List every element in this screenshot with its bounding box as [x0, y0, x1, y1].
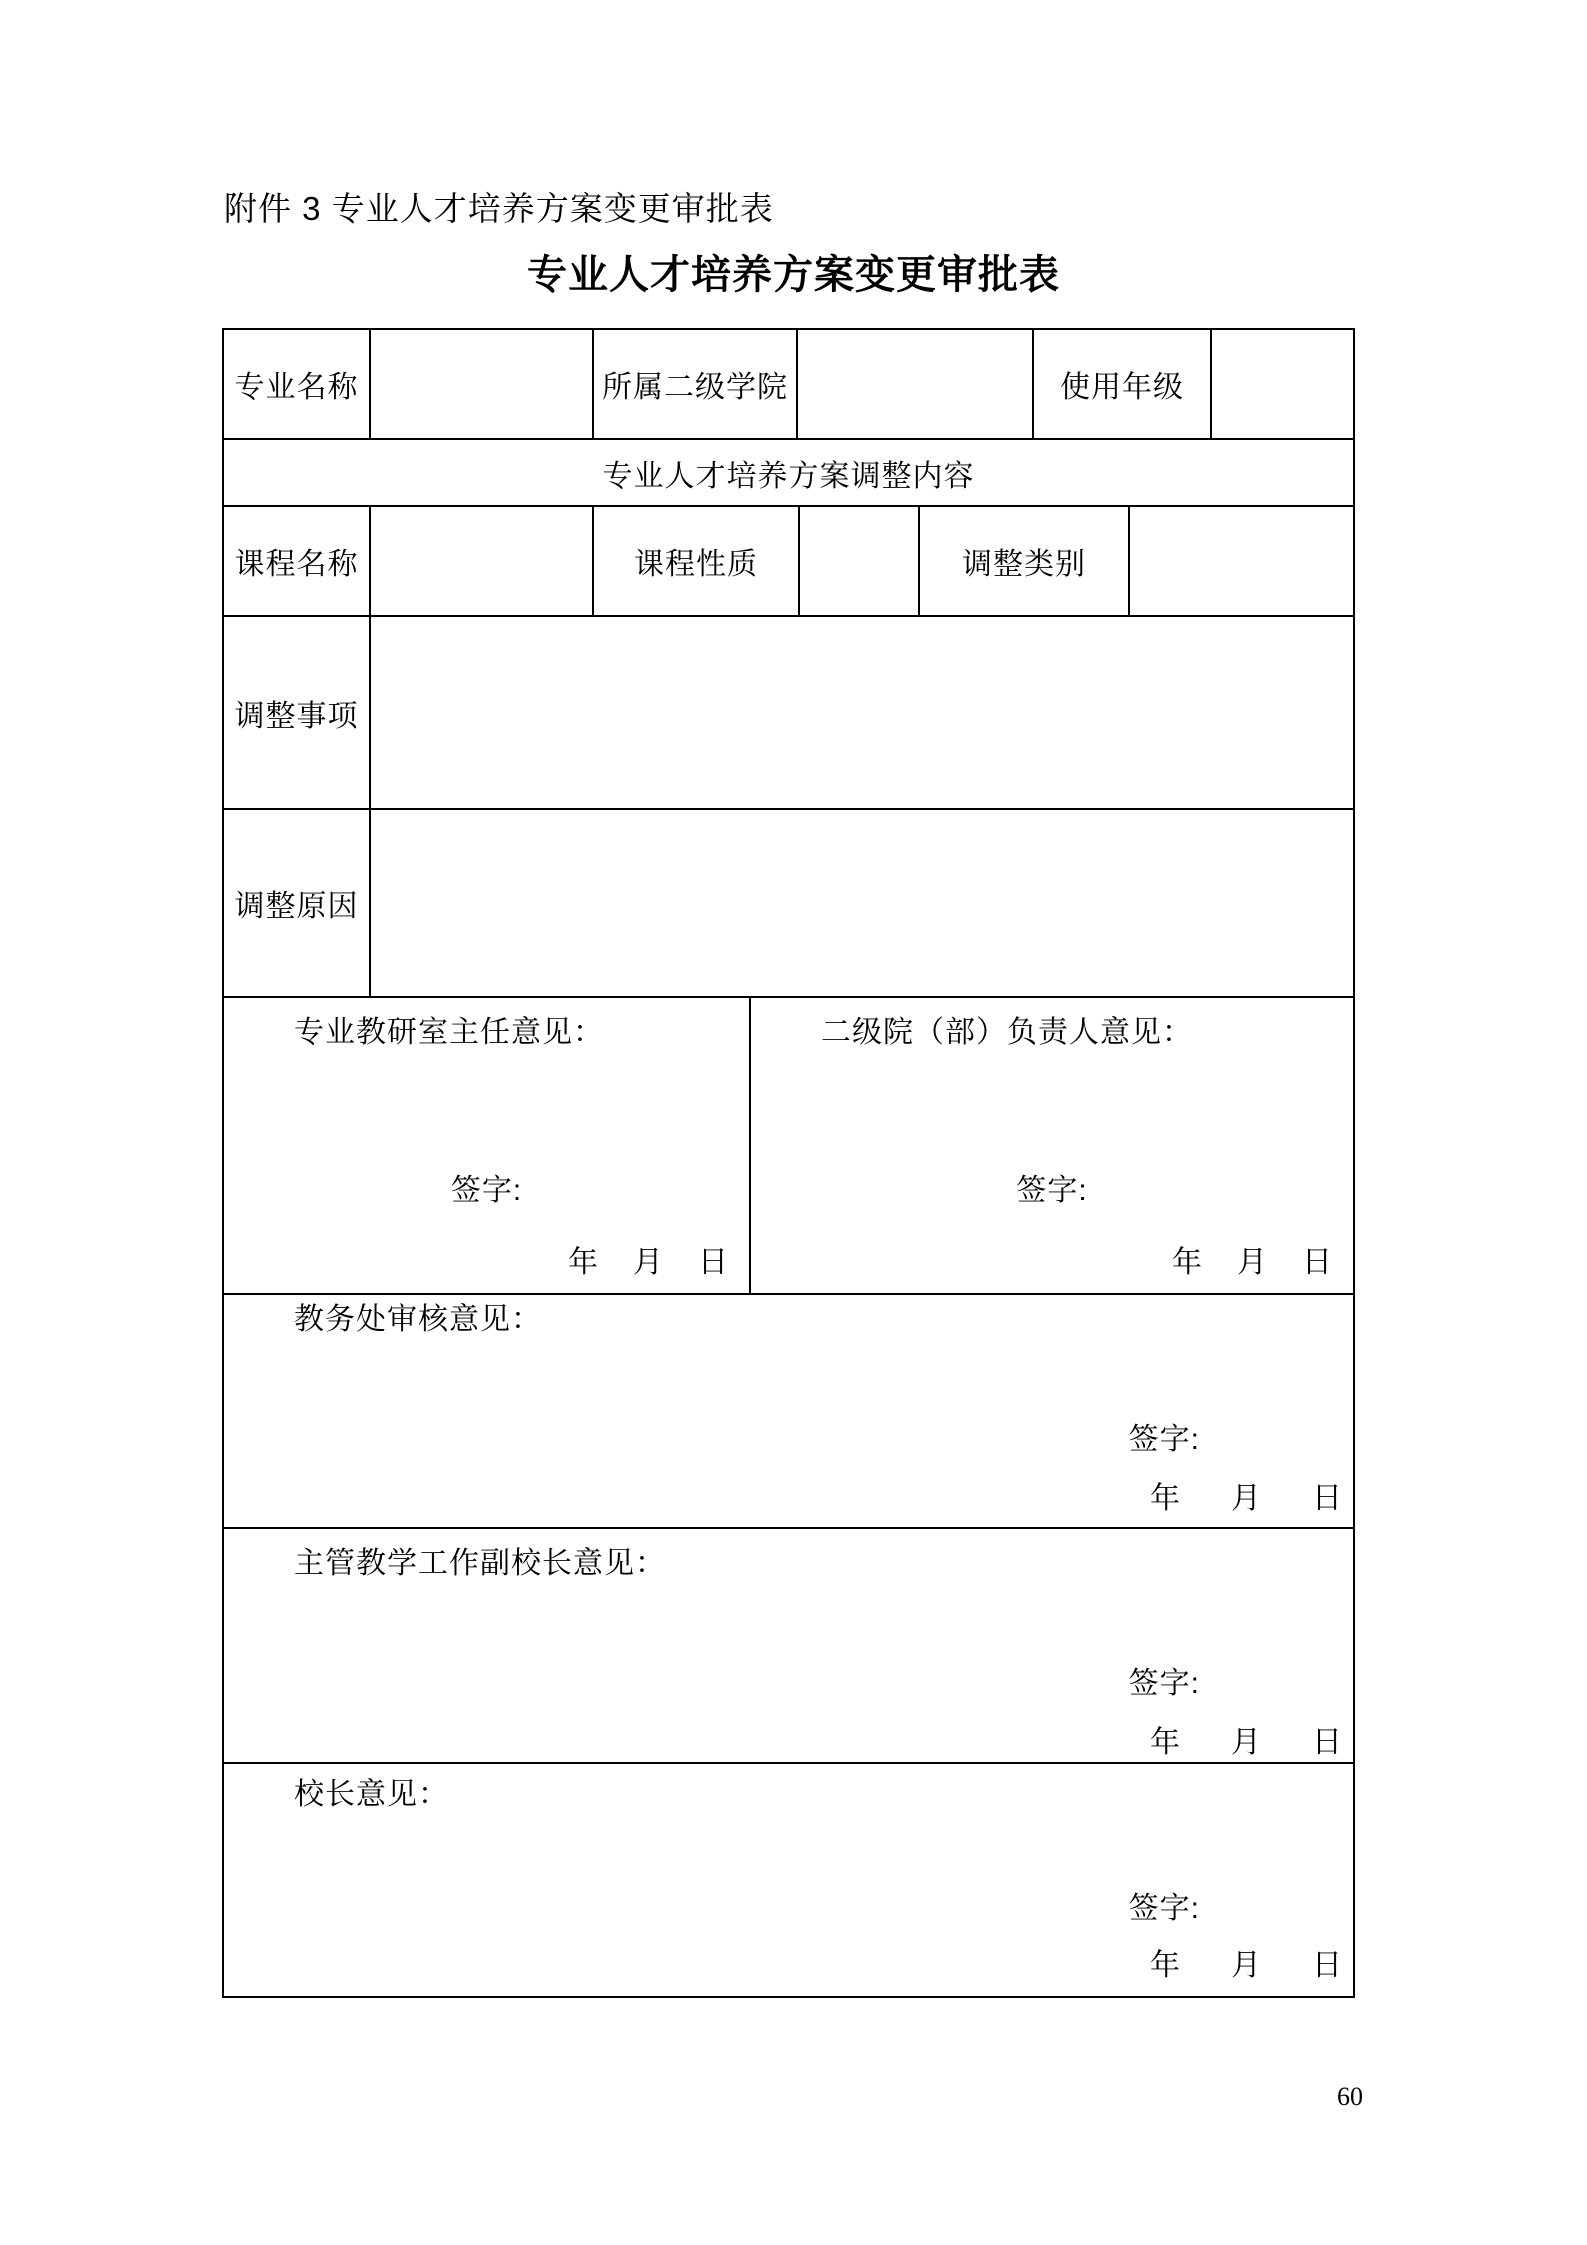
course-type-label: 课程性质: [594, 507, 800, 615]
year-label: 年: [1172, 1246, 1203, 1279]
adjust-item-row: 调整事项: [224, 617, 1353, 810]
adjust-reason-input-cell[interactable]: [371, 810, 1353, 996]
day-label: 日: [1312, 1482, 1343, 1515]
signature-label: 签字:: [751, 1172, 1353, 1210]
dual-opinion-row: 专业教研室主任意见： 签字: 年月日 二级院（部）负责人意见： 签字: 年月日: [224, 998, 1353, 1295]
page-title: 专业人才培养方案变更审批表: [0, 252, 1587, 298]
basic-info-row: 专业名称 所属二级学院 使用年级: [224, 330, 1353, 440]
month-label: 月: [1231, 1726, 1262, 1759]
research-office-opinion-cell[interactable]: 专业教研室主任意见： 签字: 年月日: [224, 998, 751, 1293]
year-label: 年: [1150, 1726, 1181, 1759]
vice-president-opinion-cell[interactable]: 主管教学工作副校长意见： 签字: 年月日: [224, 1529, 1353, 1762]
day-label: 日: [1302, 1246, 1333, 1279]
adjust-reason-row: 调整原因: [224, 810, 1353, 998]
signature-label: 签字:: [224, 1172, 749, 1210]
year-label: 年: [1150, 1482, 1181, 1515]
approval-form-table: 专业名称 所属二级学院 使用年级 专业人才培养方案调整内容 课程名称 课程性质 …: [222, 328, 1355, 1998]
signature-label: 签字:: [224, 1890, 1353, 1928]
course-name-label: 课程名称: [224, 507, 371, 615]
year-label: 年: [1150, 1949, 1181, 1982]
president-opinion-label: 校长意见：: [224, 1764, 1353, 1814]
month-label: 月: [633, 1246, 664, 1279]
section-header-row: 专业人才培养方案调整内容: [224, 440, 1353, 507]
major-name-label: 专业名称: [224, 330, 371, 438]
vice-president-opinion-row: 主管教学工作副校长意见： 签字: 年月日: [224, 1529, 1353, 1764]
adjust-item-input-cell[interactable]: [371, 617, 1353, 808]
major-name-input-cell[interactable]: [371, 330, 594, 438]
college-head-opinion-label: 二级院（部）负责人意见：: [751, 998, 1353, 1052]
course-info-row: 课程名称 课程性质 调整类别: [224, 507, 1353, 617]
president-opinion-cell[interactable]: 校长意见： 签字: 年月日: [224, 1764, 1353, 1996]
signature-label: 签字:: [224, 1421, 1353, 1459]
date-line: 年月日: [751, 1244, 1353, 1282]
page-number: 60: [1337, 2082, 1363, 2112]
course-type-input-cell[interactable]: [800, 507, 920, 615]
course-name-input-cell[interactable]: [371, 507, 594, 615]
academic-affairs-opinion-cell[interactable]: 教务处审核意见： 签字: 年月日: [224, 1295, 1353, 1527]
adjust-reason-label: 调整原因: [224, 810, 371, 996]
month-label: 月: [1231, 1482, 1262, 1515]
day-label: 日: [1312, 1949, 1343, 1982]
college-head-opinion-cell[interactable]: 二级院（部）负责人意见： 签字: 年月日: [751, 998, 1353, 1293]
document-page: 附件 3 专业人才培养方案变更审批表 专业人才培养方案变更审批表 专业名称 所属…: [0, 0, 1587, 2245]
attachment-heading: 附件 3 专业人才培养方案变更审批表: [224, 191, 774, 227]
research-office-opinion-label: 专业教研室主任意见：: [224, 998, 749, 1052]
academic-affairs-opinion-row: 教务处审核意见： 签字: 年月日: [224, 1295, 1353, 1529]
college-label: 所属二级学院: [594, 330, 798, 438]
date-line: 年月日: [224, 1724, 1353, 1762]
adjust-item-label: 调整事项: [224, 617, 371, 808]
year-label: 年: [568, 1246, 599, 1279]
grade-input-cell[interactable]: [1212, 330, 1353, 438]
section-title: 专业人才培养方案调整内容: [224, 440, 1353, 505]
date-line: 年月日: [224, 1480, 1353, 1518]
grade-label: 使用年级: [1034, 330, 1212, 438]
date-line: 年月日: [224, 1244, 749, 1282]
adjust-category-input-cell[interactable]: [1130, 507, 1353, 615]
month-label: 月: [1231, 1949, 1262, 1982]
college-input-cell[interactable]: [798, 330, 1034, 438]
vice-president-opinion-label: 主管教学工作副校长意见：: [224, 1529, 1353, 1583]
signature-label: 签字:: [224, 1665, 1353, 1703]
date-line: 年月日: [224, 1947, 1353, 1985]
academic-affairs-opinion-label: 教务处审核意见：: [224, 1295, 1353, 1339]
day-label: 日: [1312, 1726, 1343, 1759]
day-label: 日: [698, 1246, 729, 1279]
month-label: 月: [1237, 1246, 1268, 1279]
president-opinion-row: 校长意见： 签字: 年月日: [224, 1764, 1353, 1996]
adjust-category-label: 调整类别: [920, 507, 1130, 615]
